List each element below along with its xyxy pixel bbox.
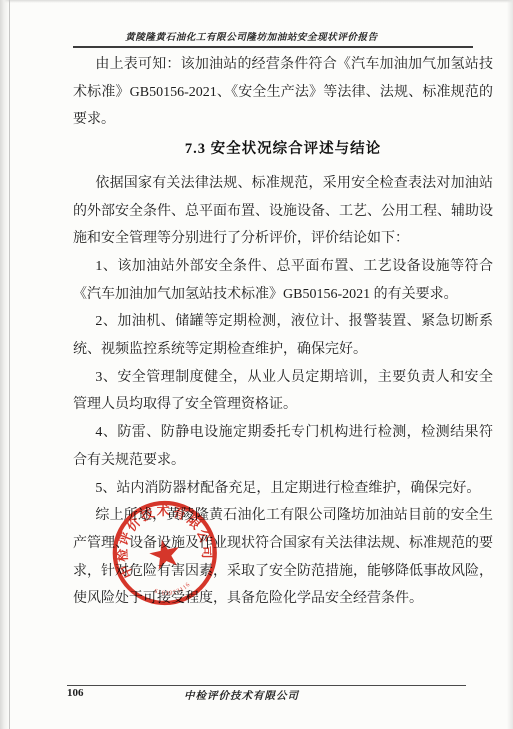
document-page: 黄陵隆黄石油化工有限公司隆坊加油站安全现状评价报告 由上表可知：该加油站的经营条… bbox=[0, 0, 513, 729]
page-header-title: 黄陵隆黄石油化工有限公司隆坊加油站安全现状评价报告 bbox=[0, 29, 503, 43]
footer-company-name: 中检评价技术有限公司 bbox=[0, 688, 483, 703]
conclusion-item-3: 3、安全管理制度健全，从业人员定期培训，主要负责人和安全管理人员均取得了安全管理… bbox=[73, 364, 493, 419]
scan-edge-top bbox=[0, 0, 513, 3]
conclusion-item-4: 4、防雷、防静电设施定期委托专门机构进行检测，检测结果符合有关规范要求。 bbox=[73, 419, 493, 474]
basis-paragraph: 依据国家有关法律法规、标准规范，采用安全检查表法对加油站的外部安全条件、总平面布… bbox=[73, 170, 493, 253]
scan-edge-right bbox=[507, 0, 513, 729]
conclusion-item-2: 2、加油机、储罐等定期检测，液位计、报警装置、紧急切断系统、视频监控系统等定期检… bbox=[73, 308, 493, 363]
document-body: 由上表可知：该加油站的经营条件符合《汽车加油加气加氢站技术标准》GB50156-… bbox=[73, 51, 493, 613]
conclusion-item-5: 5、站内消防器材配备充足，且定期进行检查维护，确保完好。 bbox=[73, 475, 493, 503]
conclusion-item-1: 1、该加油站外部安全条件、总平面布置、工艺设备设施等符合《汽车加油加气加氢站技术… bbox=[73, 253, 493, 308]
section-heading: 7.3 安全状况综合评述与结论 bbox=[73, 136, 493, 164]
scan-edge-left bbox=[0, 0, 10, 729]
summary-paragraph: 综上所述，黄陵隆黄石油化工有限公司隆坊加油站目前的安全生产管理、设备设施及作业现… bbox=[73, 502, 493, 613]
header-divider bbox=[73, 46, 473, 48]
footer-divider bbox=[67, 685, 466, 686]
intro-paragraph: 由上表可知：该加油站的经营条件符合《汽车加油加气加氢站技术标准》GB50156-… bbox=[73, 51, 493, 134]
